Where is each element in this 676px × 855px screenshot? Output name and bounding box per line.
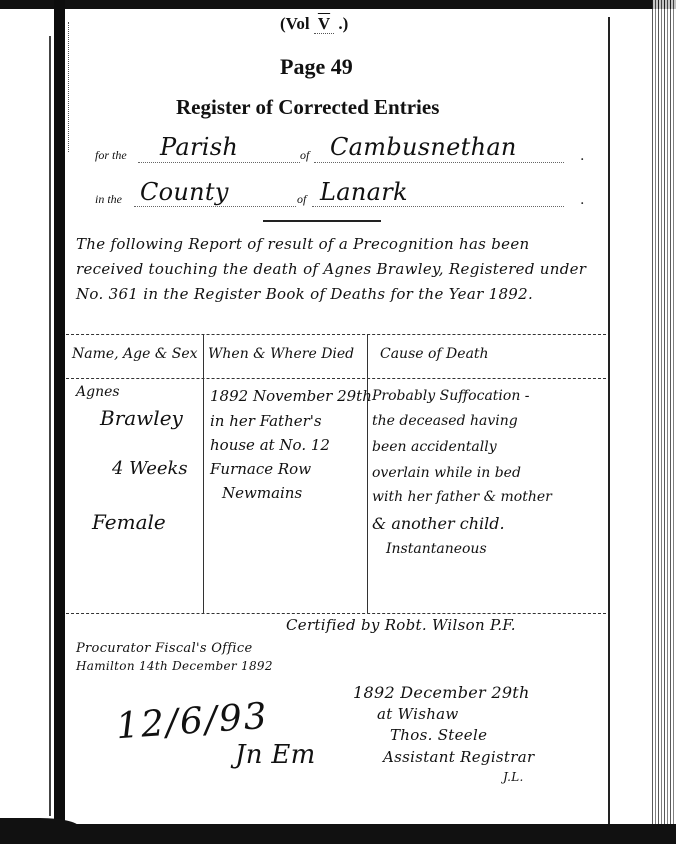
county-dotline <box>134 206 296 207</box>
deceased-surname: Brawley <box>100 406 183 430</box>
of-label-county: of <box>297 192 306 207</box>
deceased-sex: Female <box>92 510 166 534</box>
cause-line-7: Instantaneous <box>386 538 487 561</box>
registrar-title: Assistant Registrar <box>383 748 534 766</box>
volume-suffix: .) <box>338 14 348 33</box>
county-name-dotline <box>312 206 564 207</box>
cause-line-5: with her father & mother <box>372 486 552 509</box>
table-top-rule <box>66 334 606 336</box>
registrar-name: Thos. Steele <box>390 726 487 744</box>
registration-place: at Wishaw <box>377 705 459 723</box>
volume-label: (Vol V .) <box>280 14 348 34</box>
table-column-divider-1 <box>203 334 204 613</box>
death-place-line-1: in her Father's <box>210 410 322 433</box>
volume-number: V <box>314 14 334 34</box>
page-margin-rule <box>608 17 610 824</box>
cause-line-2: the deceased having <box>372 410 518 433</box>
of-label-parish: of <box>300 148 309 163</box>
death-place-line-2: house at No. 12 <box>210 434 330 457</box>
registrar-initials: J.L. <box>503 770 524 784</box>
scan-bottom-edge <box>0 824 676 844</box>
cause-line-4: overlain while in bed <box>372 462 521 485</box>
for-the-label: for the <box>95 148 127 163</box>
gutter-stitching <box>68 22 70 152</box>
table-header-rule <box>66 378 606 380</box>
cause-line-6: & another child. <box>372 512 505 535</box>
in-the-label: in the <box>95 192 122 207</box>
deceased-age: 4 Weeks <box>112 458 188 479</box>
parish-word: Parish <box>160 133 238 161</box>
cause-line-1: Probably Suffocation - <box>372 385 530 408</box>
table-column-divider-2 <box>367 334 368 613</box>
death-place-line-3: Furnace Row <box>210 458 311 481</box>
county-period: . <box>580 192 584 208</box>
page-number: Page 49 <box>280 54 353 80</box>
cause-line-3: been accidentally <box>372 436 497 459</box>
book-gutter <box>54 0 65 845</box>
death-date: 1892 November 29th <box>210 385 372 408</box>
scan-bottom-margin <box>0 844 676 855</box>
county-underline <box>263 220 381 222</box>
column-header-when-where: When & Where Died <box>208 346 354 362</box>
page-edges <box>652 0 676 830</box>
parish-dotline <box>138 162 300 163</box>
parish-period: . <box>580 148 584 164</box>
deceased-first-name: Agnes <box>76 384 120 400</box>
procurator-fiscal-office: Procurator Fiscal's Office <box>76 641 252 656</box>
column-header-cause: Cause of Death <box>380 346 489 362</box>
binding-line <box>49 36 51 816</box>
column-header-name-age-sex: Name, Age & Sex <box>72 346 198 362</box>
county-word: County <box>140 178 229 206</box>
parish-name: Cambusnethan <box>330 133 517 161</box>
document-title: Register of Corrected Entries <box>176 95 439 120</box>
procurator-fiscal-date: Hamilton 14th December 1892 <box>76 659 273 673</box>
report-text: The following Report of result of a Prec… <box>76 232 596 307</box>
death-place-line-4: Newmains <box>222 482 302 505</box>
annotation-initials: Jn Em <box>235 740 316 770</box>
table-bottom-rule <box>66 613 606 615</box>
county-name: Lanark <box>320 178 408 206</box>
registration-date: 1892 December 29th <box>353 683 530 702</box>
certified-by: Certified by Robt. Wilson P.F. <box>286 616 516 634</box>
scan-top-edge <box>0 0 676 9</box>
volume-prefix: (Vol <box>280 14 310 33</box>
parish-name-dotline <box>314 162 564 163</box>
